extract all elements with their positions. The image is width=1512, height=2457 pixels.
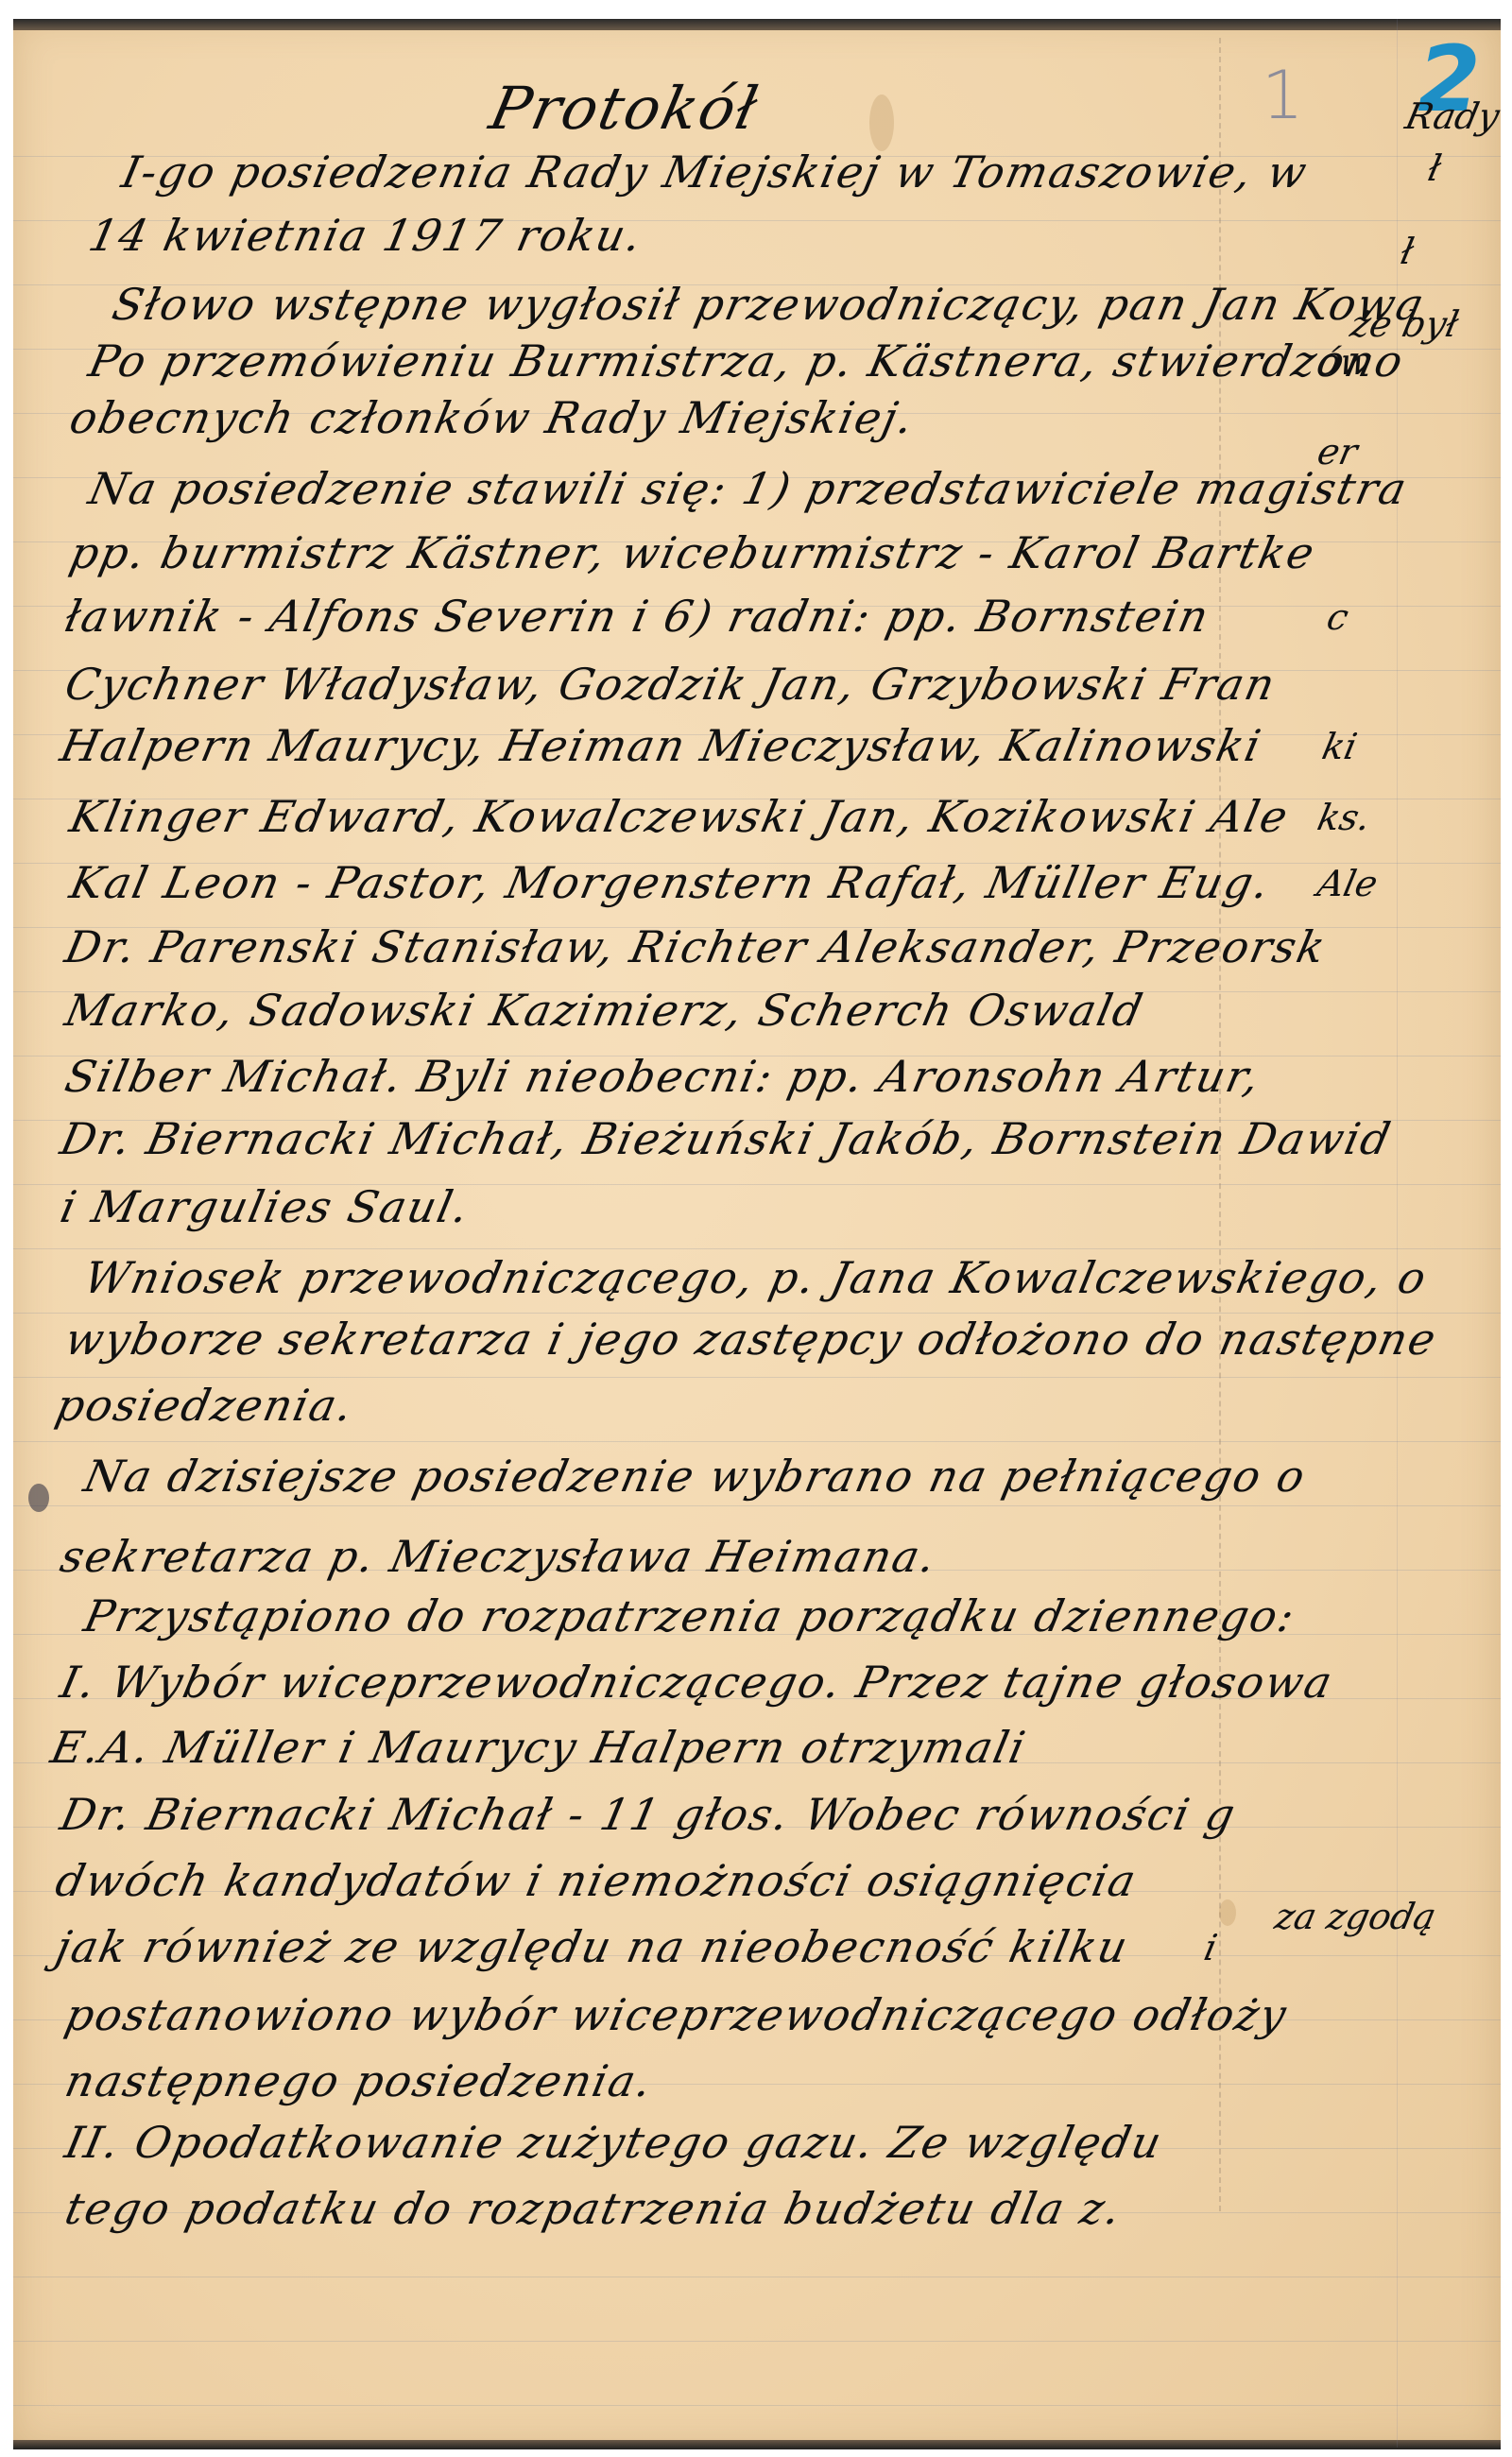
handwritten-line: Klinger Edward, Kowalczewski Jan, Koziko… xyxy=(65,791,1294,842)
handwritten-line: E.A. Müller i Maurycy Halpern otrzymali xyxy=(46,1722,1031,1773)
handwritten-line: 14 kwietnia 1917 roku. xyxy=(84,210,647,261)
ruled-line xyxy=(13,1248,1501,1249)
ruled-line xyxy=(13,1377,1501,1378)
ink-stain xyxy=(1219,1899,1236,1926)
handwritten-line: dwóch kandydatów i niemożności osiągnięc… xyxy=(51,1855,1142,1906)
ink-stain xyxy=(869,94,894,151)
handwritten-line: Silber Michał. Byli nieobecni: pp. Arons… xyxy=(60,1051,1265,1102)
page-bottom-edge xyxy=(13,2440,1501,2449)
handwritten-line: Dr. Parenski Stanisław, Richter Aleksand… xyxy=(60,921,1332,972)
ruled-line xyxy=(13,1441,1501,1442)
handwritten-line: Wniosek przewodniczącego, p. Jana Kowalc… xyxy=(79,1252,1432,1303)
handwritten-line: obecnych członków Rady Miejskiej. xyxy=(65,392,919,443)
pencil-page-number: 1 xyxy=(1262,57,1304,134)
handwritten-line: postanowiono wybór wiceprzewodniczącego … xyxy=(60,1989,1292,2040)
ruled-line xyxy=(13,2277,1501,2277)
margin-note: ks. xyxy=(1314,797,1374,838)
handwritten-line: Na dzisiejsze posiedzenie wybrano na peł… xyxy=(79,1451,1311,1502)
handwritten-line: ławnik - Alfons Severin i 6) radni: pp. … xyxy=(60,591,1214,642)
document-title: Protokół xyxy=(484,74,765,143)
margin-note: ów xyxy=(1314,341,1375,383)
handwritten-line: I-go posiedzenia Rady Miejskiej w Tomasz… xyxy=(117,146,1313,198)
handwritten-line: posiedzenia. xyxy=(51,1380,358,1431)
handwritten-line: Cychner Władysław, Gozdzik Jan, Grzybows… xyxy=(60,659,1280,710)
handwritten-line: Na posiedzenie stawili się: 1) przedstaw… xyxy=(84,463,1413,514)
margin-note: że był xyxy=(1347,303,1462,345)
handwritten-line: sekretarza p. Mieczysława Heimana. xyxy=(56,1531,941,1582)
handwritten-line: Kal Leon - Pastor, Morgenstern Rafał, Mü… xyxy=(65,857,1275,908)
ruled-line xyxy=(13,1505,1501,1506)
handwritten-line: i Margulies Saul. xyxy=(56,1181,474,1232)
margin-note: za zgodą xyxy=(1271,1896,1439,1937)
page-top-edge xyxy=(13,19,1501,30)
handwritten-line: Dr. Biernacki Michał - 11 głos. Wobec ró… xyxy=(56,1789,1241,1840)
handwritten-line: Słowo wstępne wygłosił przewodniczący, p… xyxy=(108,279,1430,330)
margin-note: Rady xyxy=(1401,95,1503,137)
handwritten-line: Halpern Maurycy, Heiman Mieczysław, Kali… xyxy=(56,720,1266,771)
handwritten-line: wyborze sekretarza i jego zastępcy odłoż… xyxy=(60,1314,1442,1365)
handwritten-line: jak również ze względu na nieobecność ki… xyxy=(51,1921,1133,1972)
handwritten-line: Dr. Biernacki Michał, Bieżuński Jakób, B… xyxy=(56,1113,1396,1164)
handwritten-line: Po przemówieniu Burmistrza, p. Kästnera,… xyxy=(84,335,1409,387)
handwritten-line: II. Opodatkowanie zużytego gazu. Ze wzgl… xyxy=(60,2117,1167,2168)
ruled-line xyxy=(13,2405,1501,2406)
handwritten-line: następnego posiedzenia. xyxy=(60,2055,658,2106)
handwritten-line: Marko, Sadowski Kazimierz, Scherch Oswal… xyxy=(60,985,1148,1036)
handwritten-line: Przystąpiono do rozpatrzenia porządku dz… xyxy=(79,1590,1300,1641)
ruled-line xyxy=(13,2341,1501,2342)
handwritten-line: pp. burmistrz Kästner, wiceburmistrz - K… xyxy=(65,527,1320,578)
ink-blot xyxy=(28,1484,49,1512)
handwritten-line: I. Wybór wiceprzewodniczącego. Przez taj… xyxy=(56,1657,1338,1708)
handwritten-line: tego podatku do rozpatrzenia budżetu dla… xyxy=(60,2183,1126,2234)
margin-note: Ale xyxy=(1314,863,1381,904)
